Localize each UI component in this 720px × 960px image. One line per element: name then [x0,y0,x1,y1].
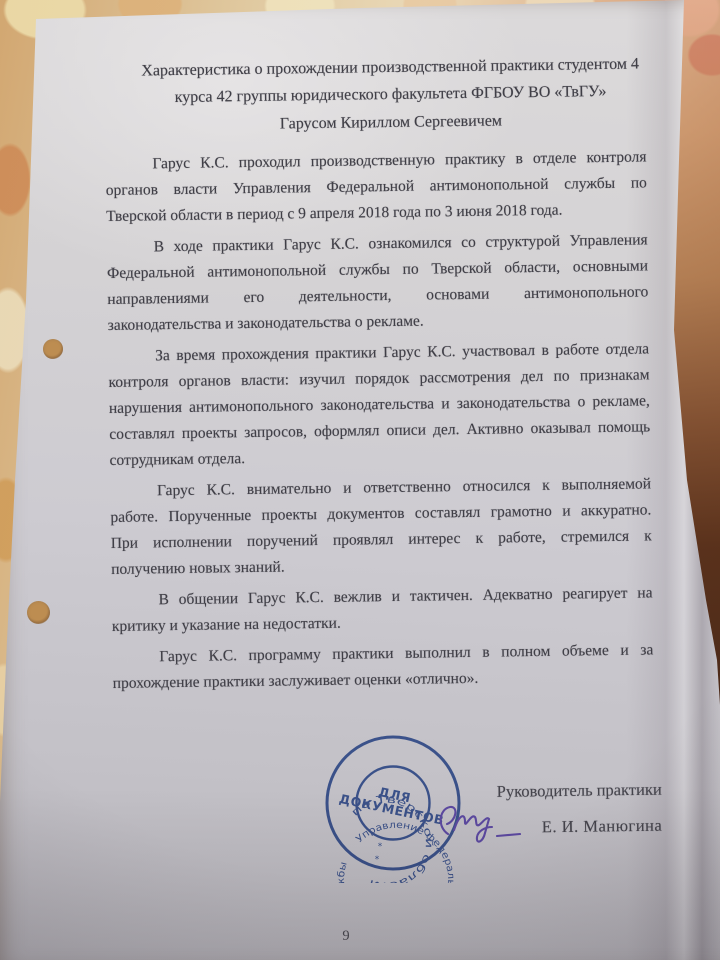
document-title: Характеристика о прохождении производств… [120,50,661,140]
hole-punch-top [43,339,63,359]
document-page: Характеристика о прохождении производств… [0,0,720,960]
paragraph: Гарус К.С. программу практики выполнил в… [112,638,654,698]
paragraph: Гарус К.С. проходил производственную пра… [105,145,647,231]
paragraph: Гарус К.С. внимательно и ответственно от… [110,472,652,584]
document-text: Характеристика о прохождении производств… [104,50,654,702]
stamp-separator-mark: * [375,855,380,865]
document-body: Гарус К.С. проходил производственную пра… [105,145,654,698]
paragraph: В общении Гарус К.С. вежлив и тактичен. … [111,581,653,641]
hole-punch-bottom [27,601,50,624]
page-number: 9 [336,928,356,945]
paragraph: В ходе практики Гарус К.С. ознакомился с… [106,228,648,340]
signature-scribble [434,794,544,858]
paragraph: За время прохождения практики Гарус К.С.… [108,337,651,475]
stamp-separator-mark: * [378,842,383,852]
photo-of-document: Характеристика о прохождении производств… [0,0,720,960]
